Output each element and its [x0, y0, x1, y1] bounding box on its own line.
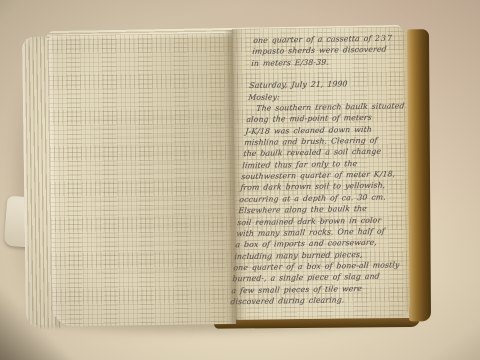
- photo-scene: 237 one quarter of a cassetta ofimpasto …: [0, 0, 480, 360]
- handwriting-text: one quarter of a cassetta ofimpasto sher…: [230, 32, 418, 307]
- ink-showthrough: [92, 108, 226, 281]
- notebook: 237 one quarter of a cassetta ofimpasto …: [20, 23, 436, 331]
- right-page: 237 one quarter of a cassetta ofimpasto …: [232, 27, 410, 320]
- left-page: [48, 33, 236, 327]
